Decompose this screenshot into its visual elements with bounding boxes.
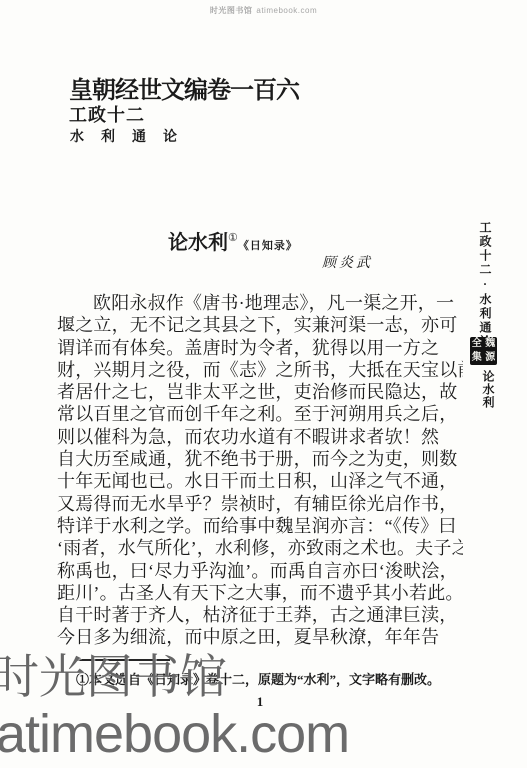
top-watermark: 时光图书馆atimebook.com bbox=[0, 5, 527, 16]
footnote-ref-mark: ① bbox=[228, 232, 238, 244]
body-text: 欧阳永叔作《唐书·地理志》，凡一渠之开，一堰之立，无不记之其县之下，实兼河渠一志… bbox=[57, 292, 463, 649]
seal-char: 魏 bbox=[485, 339, 495, 349]
body-line: 自干时著于齐人，枯济征于王莽，古之通津巨渎， bbox=[57, 604, 463, 626]
body-line: 十年无闻也已。水日干而土日积，山泽之气不通， bbox=[57, 470, 463, 492]
author-name: 顾炎武 bbox=[322, 252, 373, 272]
article-heading: 论水利①《日知录》 bbox=[168, 226, 298, 255]
body-line: 者居什之七，岂非太平之世，吏治修而民隐达，故 bbox=[57, 381, 463, 403]
top-watermark-domain: atimebook.com bbox=[256, 6, 317, 15]
body-line: 称禹也，曰‘尽力乎沟洫’。而禹自言亦曰‘浚畎浍， bbox=[57, 560, 463, 582]
volume-title: 皇朝经世文编卷一百六 bbox=[69, 70, 299, 105]
seal-char: 全 bbox=[472, 339, 482, 349]
body-line: 自大历至咸通，犹不绝书于册，而今之为吏，则数 bbox=[57, 448, 463, 470]
part-title: 工政十二 bbox=[69, 101, 145, 127]
body-line: 欧阳永叔作《唐书·地理志》，凡一渠之开，一 bbox=[57, 292, 463, 314]
body-line: 今日多为细流，而中原之田，夏旱秋潦，年年告 bbox=[57, 626, 463, 648]
top-watermark-cn: 时光图书馆 bbox=[210, 6, 253, 15]
body-line: 又焉得而无水旱乎？崇祯时，有辅臣徐光启作书， bbox=[57, 493, 463, 515]
book-page: 时光图书馆atimebook.com 皇朝经世文编卷一百六 工政十二 水利通论 … bbox=[0, 0, 527, 768]
bottom-watermark-cn: 时光图书馆 bbox=[0, 651, 227, 703]
body-line: 谓详而有体矣。盖唐时为令者，犹得以用一方之 bbox=[57, 337, 463, 359]
subsection-title: 水利通论 bbox=[70, 126, 194, 146]
margin-running-head: 工政十二·水利通论 bbox=[477, 221, 494, 349]
body-line: 则以催科为急，而农功水道有不暇讲求者欤！然 bbox=[57, 426, 463, 448]
article-source: 《日知录》 bbox=[238, 240, 298, 252]
bottom-watermark-domain: atimebook.com bbox=[0, 707, 349, 761]
margin-article-title: 论水利 bbox=[480, 370, 497, 409]
body-line: 特详于水利之学。而给事中魏呈润亦言：“《传》曰 bbox=[57, 515, 463, 537]
seal-char: 集 bbox=[472, 353, 482, 363]
body-line: 常以百里之官而创千年之利。至于河朔用兵之后， bbox=[57, 403, 463, 425]
body-line: ‘雨者，水气所化’，水利修，亦致雨之术也。夫子之 bbox=[57, 537, 463, 559]
article-heading-text: 论水利 bbox=[168, 232, 228, 254]
body-line: 距川’。古圣人有天下之大事，而不遗乎其小若此。 bbox=[57, 582, 463, 604]
body-line: 财，兴期月之役，而《志》之所书，大抵在天宝以前 bbox=[57, 359, 463, 381]
body-line: 堰之立，无不记之其县之下，实兼河渠一志，亦可 bbox=[57, 314, 463, 336]
seal-char: 源 bbox=[485, 353, 495, 363]
publisher-seal: 全 魏 集 源 bbox=[470, 337, 497, 365]
